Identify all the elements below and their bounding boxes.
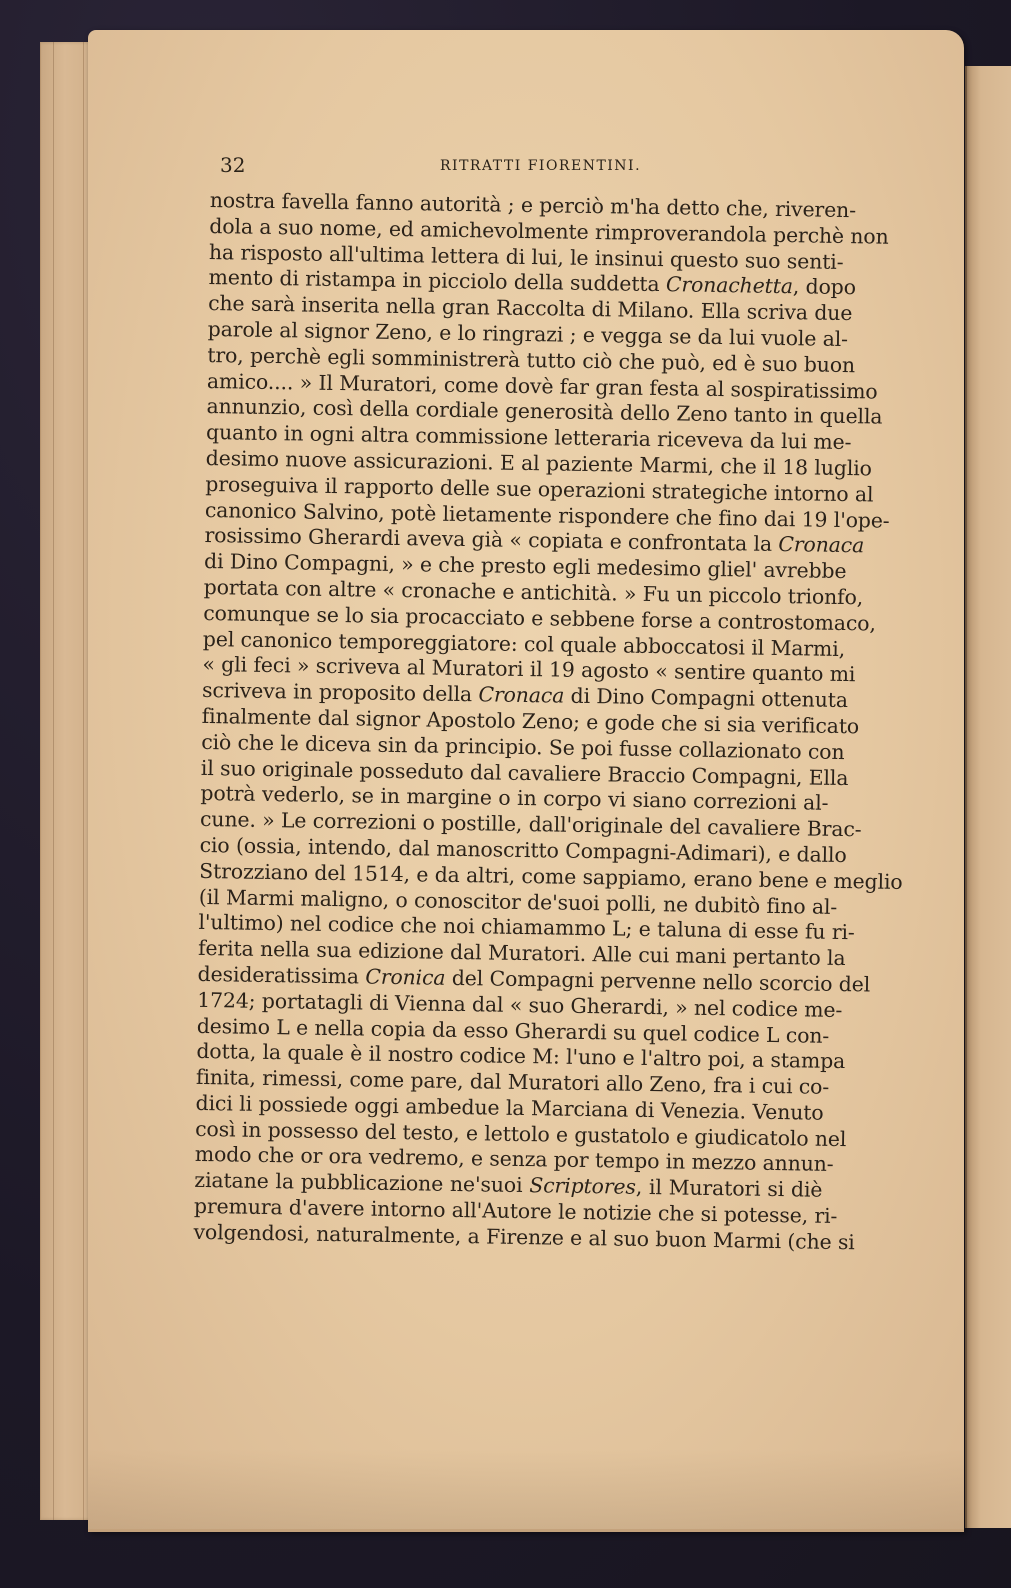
adjacent-page-edge [965, 66, 1011, 1528]
italic-title: Scriptores [529, 1173, 636, 1199]
italic-title: Cronaca [478, 682, 564, 707]
fold-crease [83, 42, 84, 1520]
fold-crease [53, 42, 54, 1520]
italic-title: Cronachetta [666, 273, 793, 299]
running-head: 32 RITRATTI FIORENTINI. [220, 153, 860, 183]
text-run: scriveva in proposito della [202, 678, 479, 706]
text-run: desideratissima [197, 962, 365, 989]
body-text: nostra favella fanno autorità ; e perciò… [193, 188, 838, 1255]
italic-title: Cronaca [778, 532, 864, 557]
text-run: , dopo [793, 275, 856, 300]
running-title: RITRATTI FIORENTINI. [440, 158, 641, 174]
italic-title: Cronica [365, 964, 446, 989]
text-run: , il Muratori si diè [636, 1175, 823, 1202]
text-run: ziatane la pubblicazione ne'suoi [194, 1168, 529, 1197]
text-run: di Dino Compagni ottenuta [564, 684, 848, 712]
page-number: 32 [220, 153, 245, 177]
